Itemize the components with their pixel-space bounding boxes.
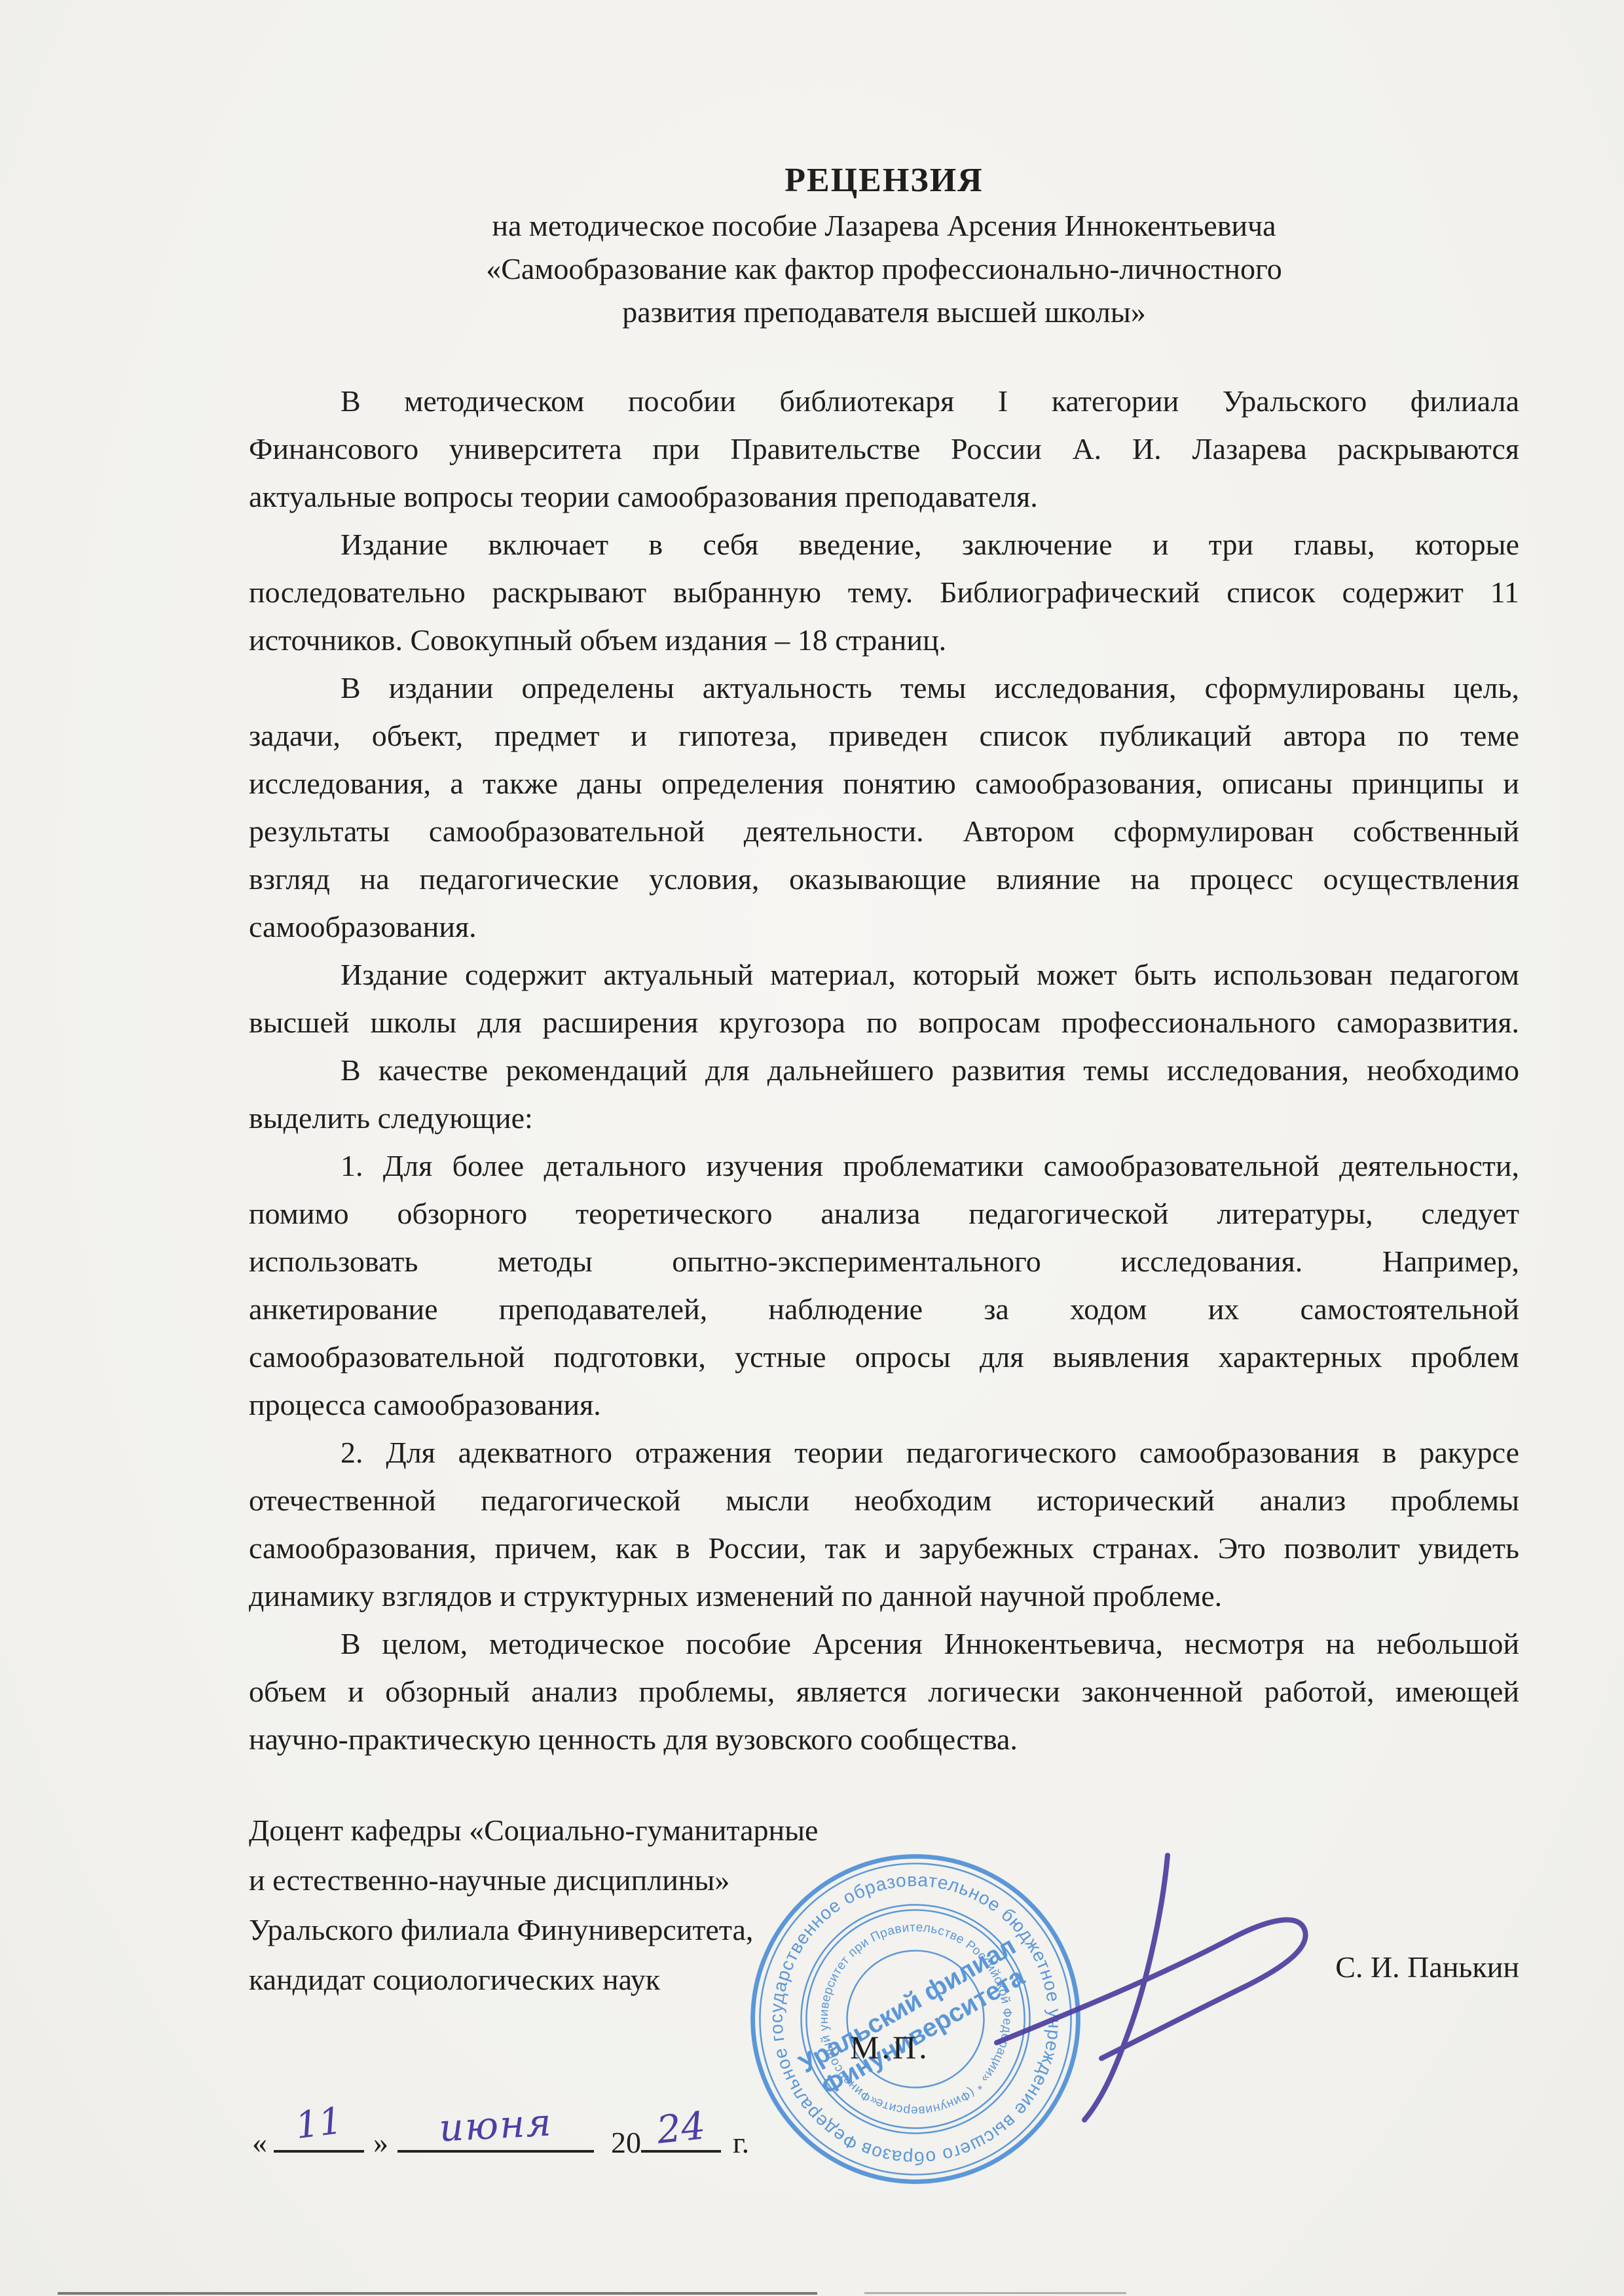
body-line: Издание содержит актуальный материал, ко… [249, 951, 1519, 998]
scan-edge-artifact [58, 2292, 817, 2295]
body-line: анкетирование преподавателей, наблюдение… [249, 1285, 1519, 1333]
close-quote: » [373, 2125, 388, 2160]
open-quote: « [252, 2125, 267, 2160]
document-subtitle: на методическое пособие Лазарева Арсения… [249, 204, 1519, 334]
body-line: Финансового университета при Правительст… [249, 425, 1519, 473]
body-line: задачи, объект, предмет и гипотеза, прив… [249, 712, 1519, 759]
body-line: помимо обзорного теоретического анализа … [249, 1190, 1519, 1237]
handwritten-day: 11 [272, 2097, 367, 2150]
body-line: высшей школы для расширения кругозора по… [249, 998, 1519, 1046]
body-line: объем и обзорный анализ проблемы, являет… [249, 1667, 1519, 1715]
seal-place-mark: М.П. [850, 2028, 930, 2066]
body-line: самообразования, причем, как в России, т… [249, 1524, 1519, 1572]
subtitle-line: «Самообразование как фактор профессионал… [249, 247, 1519, 291]
body-line: В методическом пособии библиотекаря I ка… [249, 377, 1519, 425]
handwritten-signature [950, 1815, 1369, 2155]
body-line: использовать методы опытно-экспериментал… [249, 1237, 1519, 1285]
handwritten-month: июня [396, 2098, 595, 2153]
body-line: научно-практическую ценность для вузовск… [249, 1715, 1519, 1763]
body-line: последовательно раскрывают выбранную тем… [249, 568, 1519, 616]
body-line: процесса самообразования. [249, 1381, 1519, 1429]
body-line: динамику взглядов и структурных изменени… [249, 1572, 1519, 1620]
body-line: источников. Совокупный объем издания – 1… [249, 616, 1519, 664]
body-line: самообразовательной подготовки, устные о… [249, 1333, 1519, 1381]
day-blank: 11 [274, 2113, 364, 2153]
body-line: результаты самообразовательной деятельно… [249, 807, 1519, 855]
body-line: 1. Для более детального изучения проблем… [249, 1142, 1519, 1190]
year-prefix: 20 [611, 2125, 641, 2160]
body-line: выделить следующие: [249, 1094, 1519, 1142]
document-body: В методическом пособии библиотекаря I ка… [249, 377, 1519, 1763]
body-line: 2. Для адекватного отражения теории педа… [249, 1429, 1519, 1476]
era-label: г. [733, 2125, 749, 2160]
handwritten-year: 24 [639, 2102, 723, 2154]
subtitle-line: на методическое пособие Лазарева Арсения… [249, 204, 1519, 247]
month-blank: июня [397, 2113, 594, 2153]
body-line: взгляд на педагогические условия, оказыв… [249, 855, 1519, 903]
body-line: В целом, методическое пособие Арсения Ин… [249, 1620, 1519, 1667]
body-line: актуальные вопросы теории самообразовани… [249, 473, 1519, 520]
year-blank: 24 [641, 2113, 721, 2153]
body-line: исследования, а также даны определения п… [249, 759, 1519, 807]
scan-edge-artifact [864, 2292, 1126, 2294]
body-line: отечественной педагогической мысли необх… [249, 1476, 1519, 1524]
body-line: Издание включает в себя введение, заключ… [249, 520, 1519, 568]
subtitle-line: развития преподавателя высшей школы» [249, 291, 1519, 334]
scanned-review-document: РЕЦЕНЗИЯ на методическое пособие Лазарев… [0, 0, 1624, 2296]
document-title: РЕЦЕНЗИЯ [249, 161, 1519, 200]
body-line: самообразования. [249, 903, 1519, 951]
body-line: В издании определены актуальность темы и… [249, 664, 1519, 712]
date-line: «11»июня2024г. [252, 2113, 749, 2160]
body-line: В качестве рекомендаций для дальнейшего … [249, 1046, 1519, 1094]
